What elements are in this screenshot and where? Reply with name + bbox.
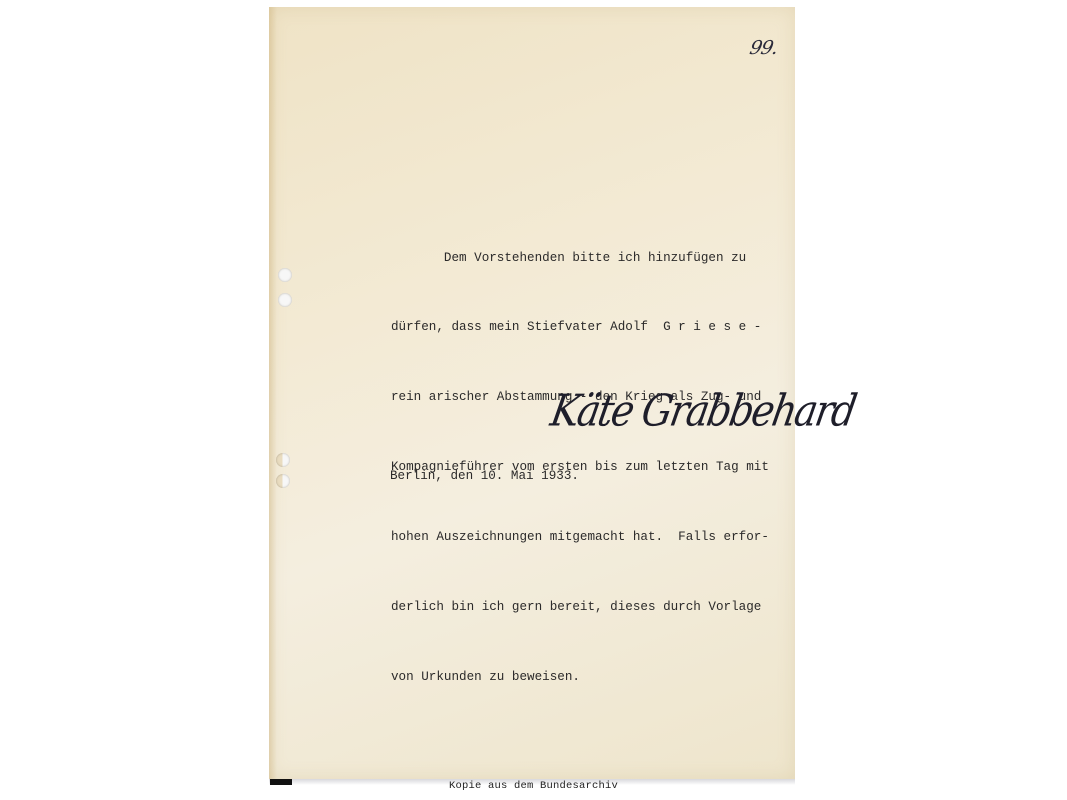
body-line: von Urkunden zu beweisen. <box>391 666 771 689</box>
body-line: derlich bin ich gern bereit, dieses durc… <box>391 596 771 619</box>
body-line: hohen Auszeichnungen mitgemacht hat. Fal… <box>391 526 771 549</box>
punch-hole <box>278 293 292 307</box>
body-line: Dem Vorstehenden bitte ich hinzufügen zu <box>391 247 771 270</box>
letter-body: Dem Vorstehenden bitte ich hinzufügen zu… <box>391 200 771 736</box>
place-and-date: Berlin, den 10. Mai 1933. <box>390 469 579 483</box>
document-page: 99. Dem Vorstehenden bitte ich hinzufüge… <box>269 7 795 779</box>
handwritten-signature: Käte Grabbehard <box>547 385 859 436</box>
torn-punch-hole <box>276 453 290 467</box>
page-edge-shadow <box>269 7 277 779</box>
body-line: dürfen, dass mein Stiefvater Adolf G r i… <box>391 316 771 339</box>
punch-hole <box>278 268 292 282</box>
archive-caption: Kopie aus dem Bundesarchiv <box>0 780 1067 792</box>
folio-number: 99. <box>747 37 779 59</box>
torn-punch-hole <box>276 474 290 488</box>
